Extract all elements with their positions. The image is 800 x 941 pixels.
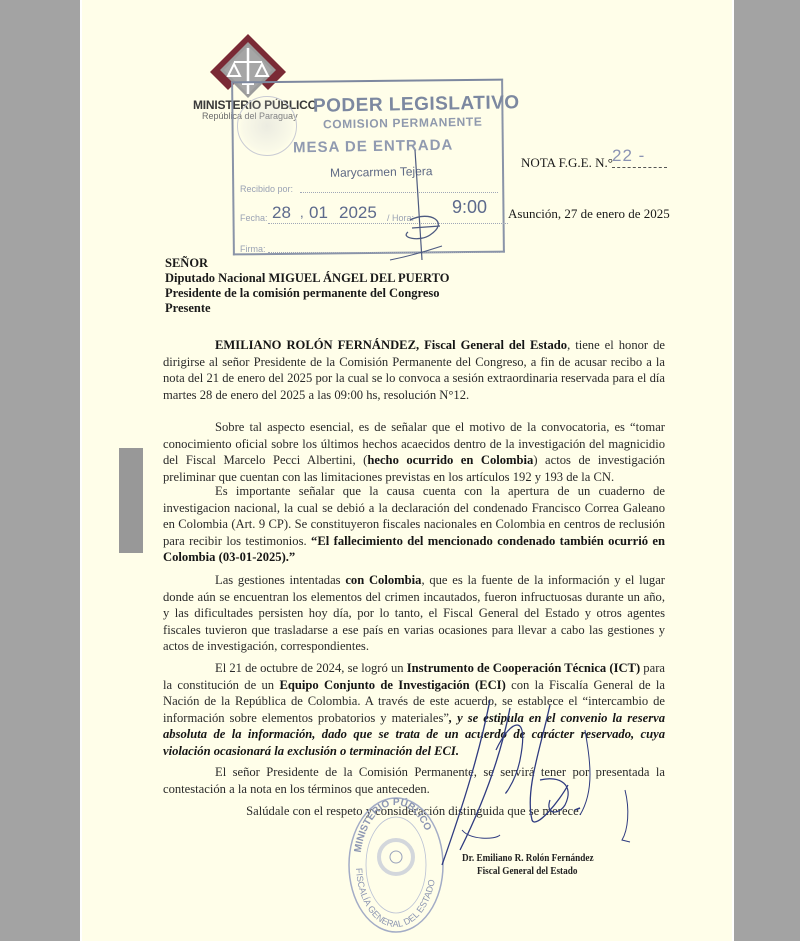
p5-bold-1: Instrumento de Cooperación Técnica (ICT): [407, 661, 640, 675]
p2-bold: hecho ocurrido en Colombia: [367, 453, 533, 467]
addressee-salutation: SEÑOR: [165, 256, 449, 271]
signatory-title: Fiscal General del Estado: [477, 866, 577, 877]
stamp-date-month: 01: [309, 203, 328, 223]
p1-bold: EMILIANO ROLÓN FERNÁNDEZ, Fiscal General…: [215, 338, 567, 352]
addressee-block: SEÑOR Diputado Nacional MIGUEL ÁNGEL DEL…: [165, 256, 449, 316]
addressee-position: Presidente de la comisión permanente del…: [165, 286, 449, 301]
scan-artifact-bar: [119, 448, 143, 553]
paragraph-4: Las gestiones intentadas con Colombia, q…: [163, 572, 665, 655]
addressee-name: Diputado Nacional MIGUEL ÁNGEL DEL PUERT…: [165, 271, 449, 286]
note-number-underline: [612, 167, 667, 168]
paragraph-3: Es importante señalar que la causa cuent…: [163, 483, 665, 566]
p4-bold: con Colombia: [345, 573, 421, 587]
note-number-value: 22 -: [612, 146, 645, 166]
signatory-name: Dr. Emiliano R. Rolón Fernández: [462, 853, 594, 864]
paragraph-2: Sobre tal aspecto esencial, es de señala…: [163, 419, 665, 485]
p4-text-1: Las gestiones intentadas: [215, 573, 345, 587]
note-number-label: NOTA F.G.E. N.°: [521, 155, 613, 171]
stamp-signature-scribble: [360, 110, 470, 270]
place-and-date: Asunción, 27 de enero de 2025: [508, 206, 670, 222]
paragraph-1: EMILIANO ROLÓN FERNÁNDEZ, Fiscal General…: [163, 337, 665, 403]
stamp-signature-label: Firma:: [240, 244, 266, 254]
stamp-date-separator: ,: [300, 205, 304, 220]
stamp-received-by-label: Recibido por:: [240, 184, 293, 194]
stamp-date-day: 28: [272, 203, 291, 223]
stamp-date-label: Fecha:: [240, 213, 268, 223]
svg-text:FISCALÍA GENERAL DEL ESTADO: FISCALÍA GENERAL DEL ESTADO: [354, 868, 437, 929]
addressee-presente: Presente: [165, 301, 449, 316]
p5-text-1: El 21 de octubre de 2024, se logró un: [215, 661, 407, 675]
handwritten-signature: [400, 690, 640, 870]
